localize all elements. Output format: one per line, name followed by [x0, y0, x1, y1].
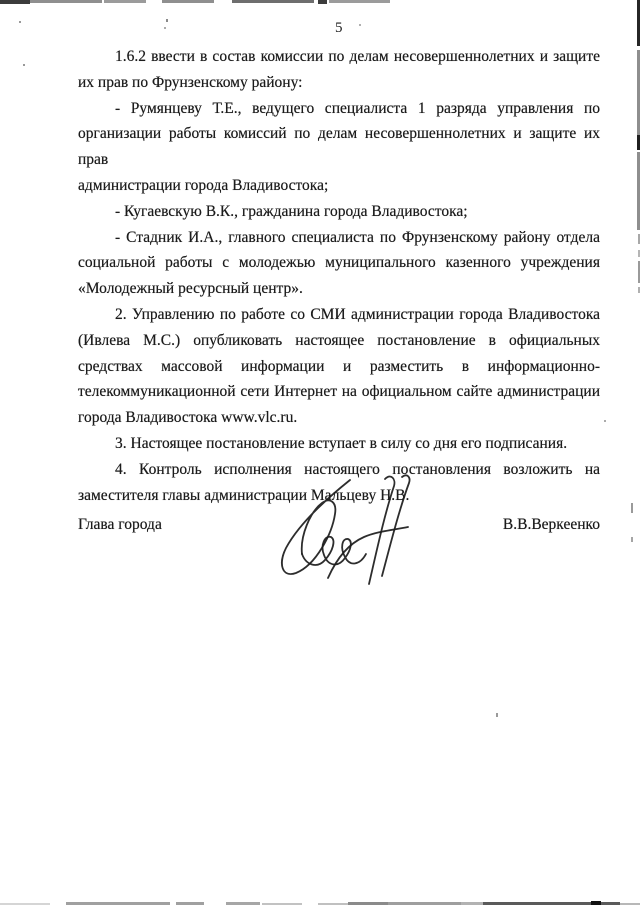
scan-artifact	[30, 0, 102, 3]
signer-title: Глава города	[78, 516, 162, 534]
text-line: - Румянцеву Т.Е., ведущего специалиста 1…	[78, 96, 600, 122]
scan-artifact	[591, 901, 601, 905]
text-line: средствах массовой информации и размести…	[78, 354, 600, 380]
scan-artifact	[631, 537, 633, 542]
text-line: 1.6.2 ввести в состав комиссии по делам …	[78, 44, 600, 70]
text-line: телекоммуникационной сети Интернет на оф…	[78, 379, 600, 405]
scan-artifact	[604, 420, 606, 422]
text-line: администрации города Владивостока;	[78, 173, 600, 199]
scan-artifact	[232, 0, 314, 3]
text-line: - Кугаевскую В.К., гражданина города Вла…	[78, 199, 600, 225]
scan-artifact	[0, 0, 30, 4]
text-line: 2. Управлению по работе со СМИ администр…	[78, 302, 600, 328]
scan-artifact	[631, 503, 633, 513]
document-page: 5 1.6.2 ввести в состав комиссии по дела…	[0, 0, 640, 905]
signer-name: В.В.Веркеенко	[503, 516, 600, 534]
document-body: 1.6.2 ввести в состав комиссии по делам …	[78, 44, 600, 508]
page-number: 5	[78, 20, 600, 37]
scan-artifact	[104, 0, 146, 3]
text-line: - Стадник И.А., главного специалиста по …	[78, 225, 600, 251]
text-line: города Владивостока www.vlc.ru.	[78, 405, 600, 431]
text-line: организации работы комиссий по делам нес…	[78, 121, 600, 173]
scan-artifact	[19, 21, 21, 23]
scan-artifact	[23, 64, 25, 66]
scan-artifact	[162, 0, 214, 3]
text-line: их прав по Фрунзенскому району:	[78, 70, 600, 96]
scan-artifact	[329, 0, 390, 3]
scan-artifact	[318, 0, 327, 4]
text-line: 3. Настоящее постановление вступает в си…	[78, 431, 600, 457]
text-line: (Ивлева М.С.) опубликовать настоящее пос…	[78, 328, 600, 354]
text-line: «Молодежный ресурсный центр».	[78, 276, 600, 302]
handwritten-signature-icon	[272, 470, 422, 588]
scan-artifact	[496, 713, 498, 717]
text-line: социальной работы с молодежью муниципаль…	[78, 250, 600, 276]
